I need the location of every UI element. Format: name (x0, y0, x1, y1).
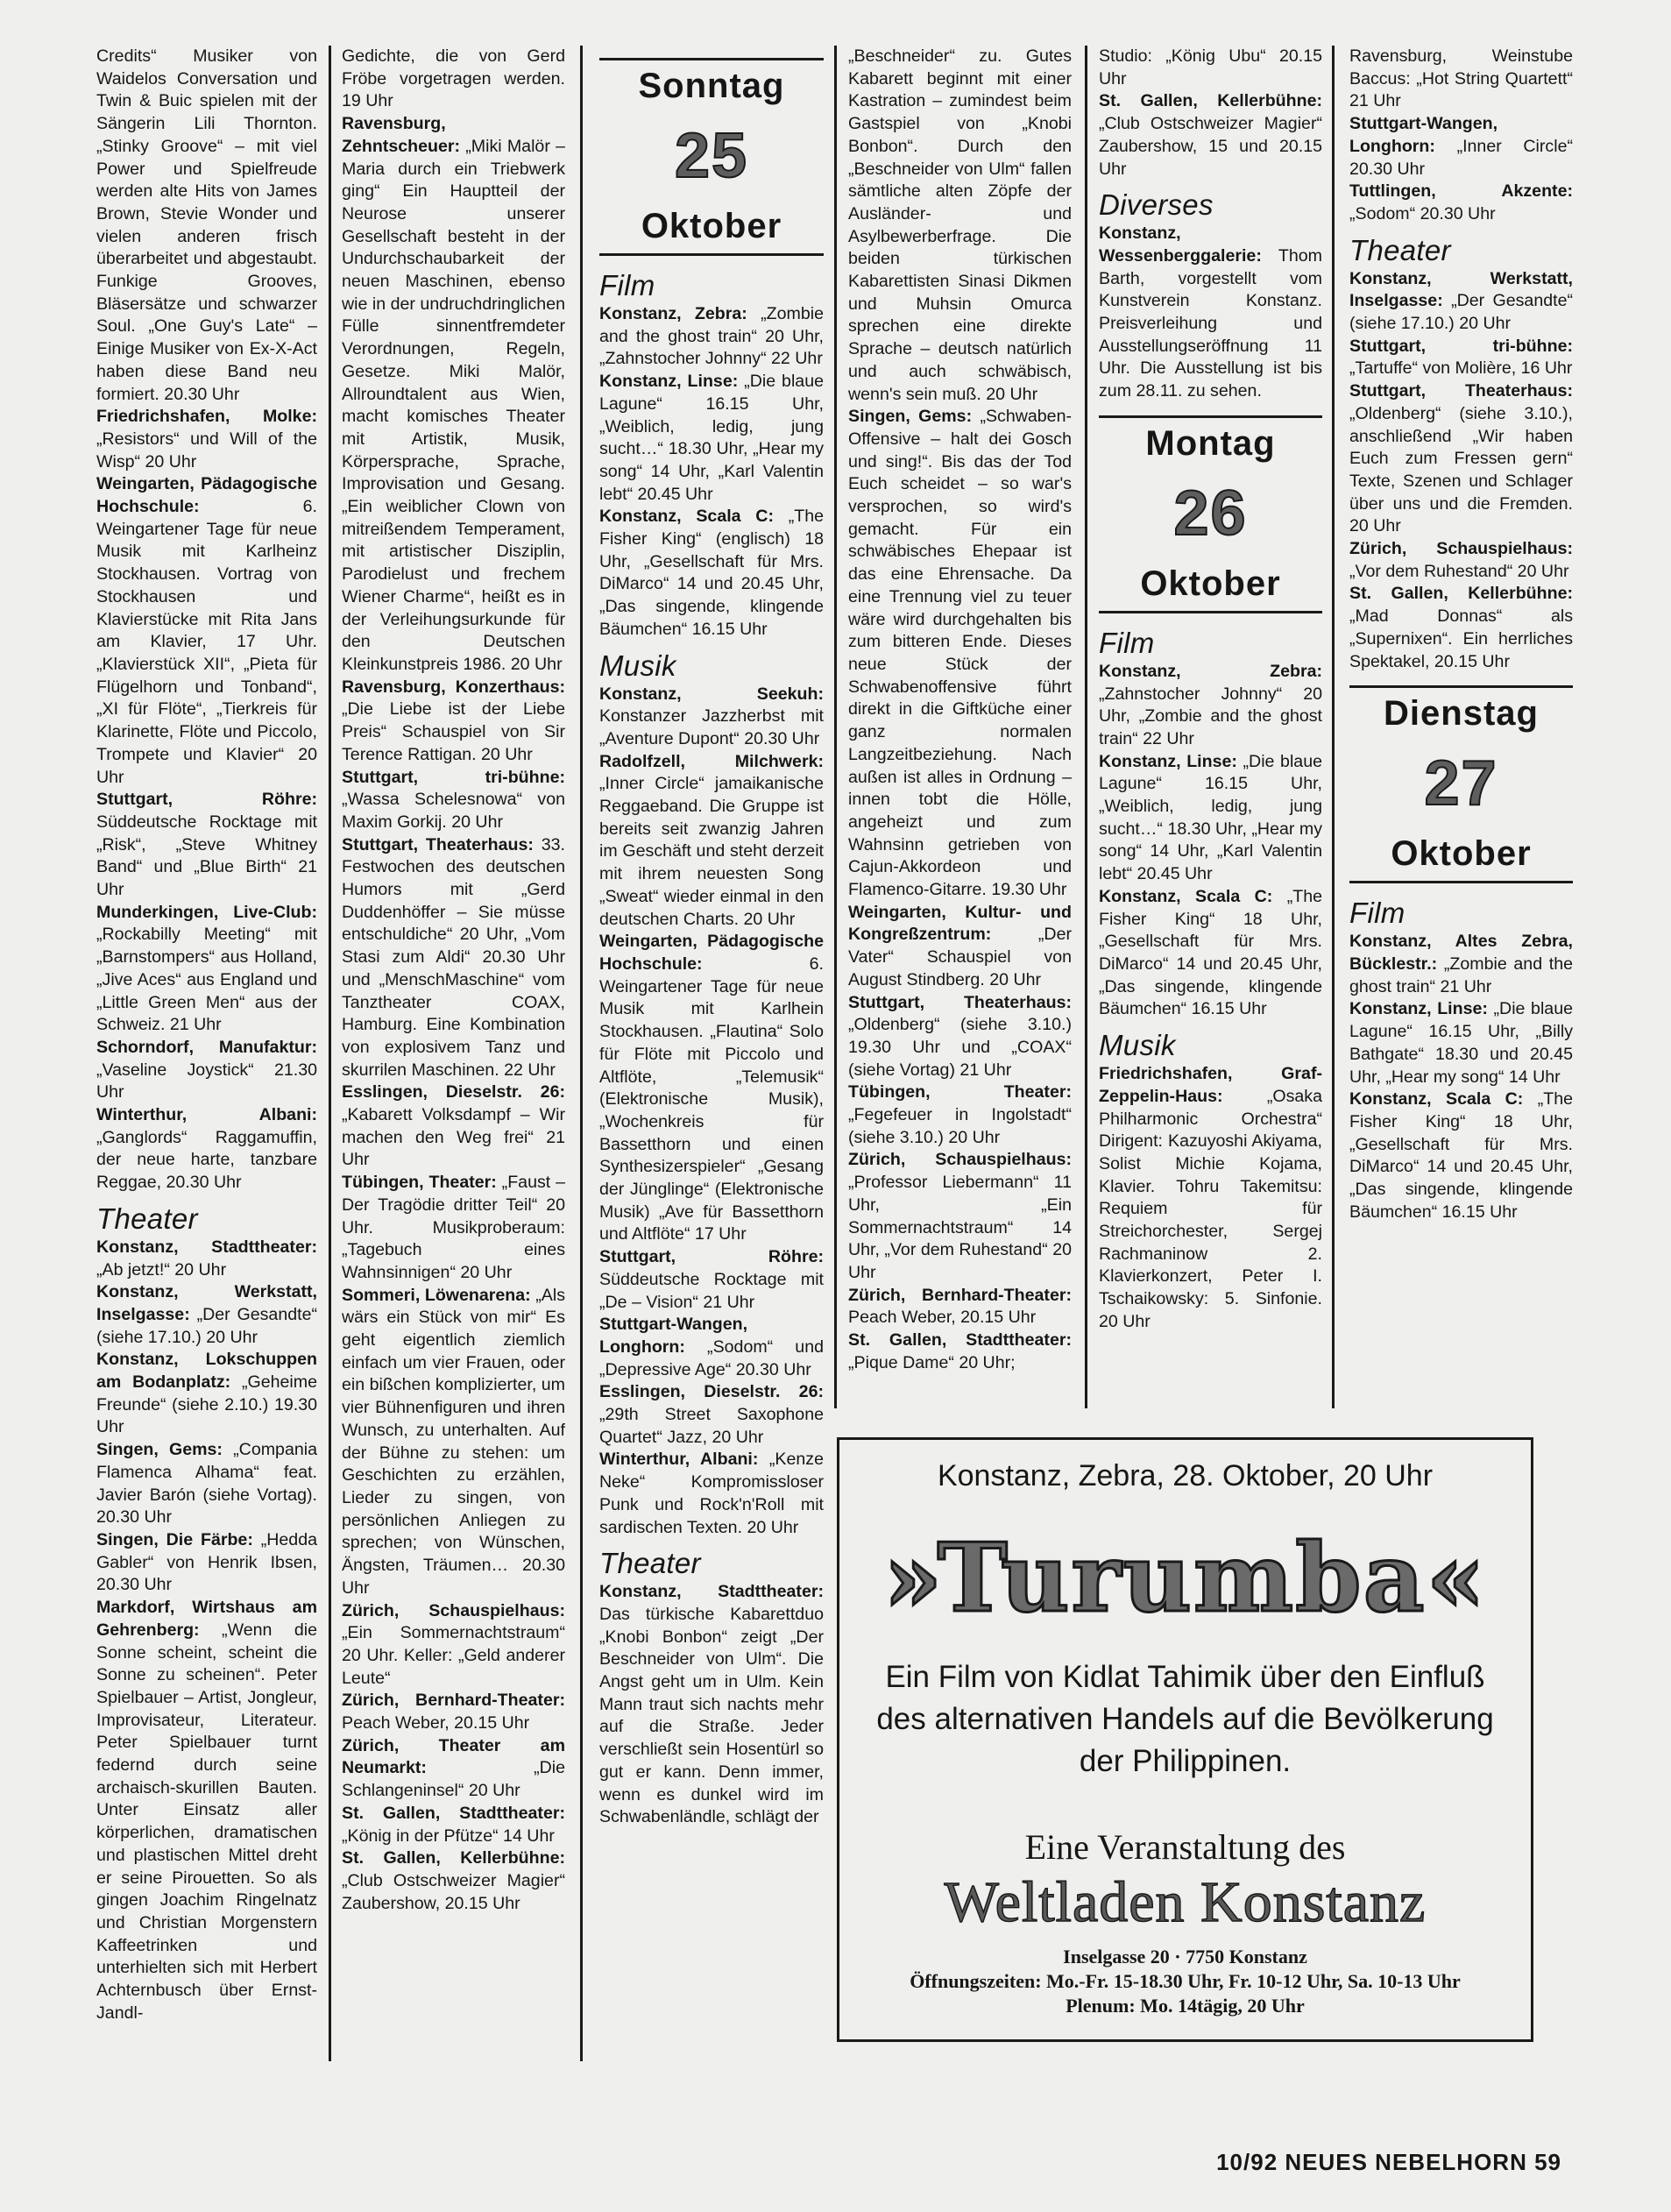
day-number: 25 (599, 108, 824, 204)
listing-column-5: Studio: „König Ubu“ 20.15 UhrSt. Gallen,… (1099, 46, 1322, 1334)
event-details: 6. Weingartener Tage für neue Musik mit … (96, 497, 317, 786)
section-heading: Theater (96, 1203, 317, 1235)
venue-name: Stuttgart, tri-bühne: (342, 768, 565, 787)
listing-entry: Konstanz, Zebra: „Zombie and the ghost t… (599, 303, 824, 371)
day-name: Dienstag (1349, 691, 1573, 735)
venue-name: Singen, Gems: (848, 407, 972, 426)
listing-entry: Konstanz, Lokschuppen am Bodanplatz: „Ge… (96, 1349, 317, 1439)
section-heading: Film (1099, 627, 1322, 659)
venue-name: Singen, Gems: (96, 1440, 223, 1459)
event-details: „Kabarett Volksdampf – Wir machen den We… (342, 1105, 565, 1169)
venue-name: Esslingen, Dieselstr. 26: (342, 1082, 565, 1102)
event-details: Studio: „König Ubu“ 20.15 Uhr (1099, 46, 1322, 89)
listing-entry: Konstanz, Zebra: „Zahnstocher Johnny“ 20… (1099, 661, 1322, 751)
event-details: „Wenn die Sonne scheint, scheint die Son… (96, 1620, 317, 2023)
listing-entry: Markdorf, Wirtshaus am Gehrenberg: „Wenn… (96, 1597, 317, 2024)
event-details: „Sodom“ 20.30 Uhr (1349, 204, 1496, 223)
listing-entry: Friedrichshafen, Graf-Zeppelin-Haus: „Os… (1099, 1063, 1322, 1333)
ad-opening-hours: Öffnungszeiten: Mo.-Fr. 15-18.30 Uhr, Fr… (839, 1969, 1531, 1994)
event-details: „König in der Pfütze“ 14 Uhr (342, 1826, 555, 1846)
listing-entry: Esslingen, Dieselstr. 26: „29th Street S… (599, 1381, 824, 1449)
listing-entry: Tübingen, Theater: „Faust – Der Tragödie… (342, 1172, 565, 1285)
ad-event-when: Konstanz, Zebra, 28. Oktober, 20 Uhr (839, 1459, 1531, 1493)
event-details: „Miki Malör – Maria durch ein Triebwerk … (342, 137, 565, 674)
venue-name: Munderkingen, Live-Club: (96, 903, 317, 922)
event-details: „Pique Dame“ 20 Uhr; (848, 1353, 1016, 1372)
listing-entry: Stuttgart, Theaterhaus: „Oldenberg“ (sie… (848, 992, 1072, 1082)
section-heading: Musik (1099, 1030, 1322, 1061)
venue-name: Konstanz, Linse: (599, 372, 738, 391)
event-details: Peach Weber, 20.15 Uhr (342, 1713, 529, 1733)
event-details: „The Fisher King“ (englisch) 18 Uhr, „Ge… (599, 507, 824, 639)
listing-entry: Stuttgart, Theaterhaus: „Oldenberg“ (sie… (1349, 380, 1573, 538)
listing-entry: Konstanz, Altes Zebra, Bücklestr.: „Zomb… (1349, 931, 1573, 998)
listing-entry: Ravensburg, Zehntscheuer: „Miki Malör – … (342, 113, 565, 677)
section-heading: Film (1349, 897, 1573, 929)
venue-name: Stuttgart, Theaterhaus: (1349, 381, 1573, 401)
venue-name: St. Gallen, Stadttheater: (848, 1330, 1072, 1350)
event-details: „Vaseline Joystick“ 21.30 Uhr (96, 1060, 317, 1102)
listing-entry: Stuttgart, Röhre: Süddeutsche Rocktage m… (599, 1246, 824, 1314)
listing-entry: Friedrichshafen, Molke: „Resistors“ und … (96, 406, 317, 473)
listing-entry: St. Gallen, Stadttheater: „Pique Dame“ 2… (848, 1329, 1072, 1374)
event-details: „Wassa Schelesnowa“ von Maxim Gorkij. 20… (342, 790, 565, 832)
column-divider (580, 46, 583, 2061)
listing-entry: Konstanz, Linse: „Die blaue Lagune“ 16.1… (1349, 998, 1573, 1088)
venue-name: Konstanz, Seekuh: (599, 684, 824, 704)
event-details: Süddeutsche Rocktage mit „De – Vision“ 2… (599, 1270, 824, 1312)
event-details: Thom Barth, vorgestellt vom Kunstverein … (1099, 246, 1322, 401)
venue-name: Stuttgart, tri-bühne: (1349, 337, 1573, 356)
event-details: „Club Ostschweizer Magier“ Zaubershow, 2… (342, 1871, 565, 1913)
event-details: „Ganglords“ Raggamuffin, der neue harte,… (96, 1128, 317, 1192)
venue-name: Tübingen, Theater: (848, 1082, 1072, 1102)
venue-name: Tübingen, Theater: (342, 1173, 497, 1192)
ad-description: Ein Film von Kidlat Tahimik über den Ein… (839, 1656, 1531, 1783)
listing-column-6: Ravensburg, Weinstube Baccus: „Hot Strin… (1349, 46, 1573, 1223)
listing-entry: Singen, Gems: „Compania Flamenca Alhama“… (96, 1439, 317, 1529)
venue-name: Konstanz, Stadttheater: (599, 1582, 824, 1601)
event-details: Credits“ Musiker von Waidelos Conversati… (96, 46, 317, 404)
venue-name: Ravensburg, Zehntscheuer: (342, 114, 460, 156)
venue-name: St. Gallen, Stadttheater: (342, 1804, 565, 1823)
ad-film-title: »Turumba« (839, 1521, 1531, 1635)
event-details: Süddeutsche Rocktage mit „Risk“, „Steve … (96, 812, 317, 899)
venue-name: Konstanz, Scala C: (1349, 1089, 1523, 1109)
day-number: 26 (1099, 465, 1322, 562)
listing-entry: Zürich, Theater am Neumarkt: „Die Schlan… (342, 1735, 565, 1803)
listing-entry: Esslingen, Dieselstr. 26: „Kabarett Volk… (342, 1081, 565, 1172)
listing-entry: Zürich, Bernhard-Theater: Peach Weber, 2… (848, 1285, 1072, 1329)
column-divider (834, 46, 837, 1408)
event-details: „Osaka Philharmonic Orchestra“ Dirigent:… (1099, 1087, 1322, 1331)
event-details: „Vor dem Ruhestand“ 20 Uhr (1349, 562, 1569, 581)
event-details: „Ein Sommernachtstraum“ 20 Uhr. Keller: … (342, 1623, 565, 1687)
venue-name: Stuttgart, Röhre: (599, 1247, 824, 1266)
venue-name: Zürich, Schauspielhaus: (848, 1150, 1072, 1169)
day-name: Sonntag (599, 64, 824, 108)
listing-entry: Konstanz, Linse: „Die blaue Lagune“ 16.1… (1099, 751, 1322, 886)
event-details: „Resistors“ und Will of the Wisp“ 20 Uhr (96, 429, 317, 471)
event-details: „29th Street Saxophone Quartet“ Jazz, 20… (599, 1405, 824, 1447)
listing-entry: Konstanz, Werkstatt, Inselgasse: „Der Ge… (1349, 268, 1573, 336)
event-details: Das türkische Kabarettduo „Knobi Bonbon“… (599, 1605, 824, 1826)
listing-entry: Tuttlingen, Akzente: „Sodom“ 20.30 Uhr (1349, 181, 1573, 225)
event-details: „Fegefeuer in Ingolstadt“ (siehe 3.10.) … (848, 1105, 1072, 1147)
listing-entry: Konstanz, Werkstatt, Inselgasse: „Der Ge… (96, 1281, 317, 1349)
ad-address: Inselgasse 20 · 7750 Konstanz (839, 1945, 1531, 1969)
event-details: „Oldenberg“ (siehe 3.10.) 19.30 Uhr und … (848, 1015, 1072, 1079)
day-number: 27 (1349, 735, 1573, 832)
listing-text: „Beschneider“ zu. Gutes Kabarett beginnt… (848, 46, 1072, 406)
listing-entry: Weingarten, Pädagogische Hochschule: 6. … (599, 931, 824, 1246)
listing-entry: Ravensburg, Konzerthaus: „Die Liebe ist … (342, 677, 565, 767)
event-details: Gedichte, die von Gerd Fröbe vorgetragen… (342, 46, 565, 110)
column-divider (1332, 46, 1335, 1408)
listing-entry: Konstanz, Seekuh: Konstanzer Jazzherbst … (599, 684, 824, 751)
listing-column-4: „Beschneider“ zu. Gutes Kabarett beginnt… (848, 46, 1072, 1374)
section-heading: Film (599, 270, 824, 301)
venue-name: Sommeri, Löwenarena: (342, 1286, 531, 1305)
event-details: „Die blaue Lagune“ 16.15 Uhr, „Weiblich,… (599, 372, 824, 504)
listing-entry: Schorndorf, Manufaktur: „Vaseline Joysti… (96, 1037, 317, 1104)
listing-entry: Singen, Gems: „Schwaben-Offensive – halt… (848, 406, 1072, 901)
listing-text: Credits“ Musiker von Waidelos Conversati… (96, 46, 317, 406)
listing-entry: Zürich, Bernhard-Theater: Peach Weber, 2… (342, 1690, 565, 1734)
event-details: „Schwaben-Offensive – halt dei Gosch und… (848, 407, 1072, 899)
venue-name: Zürich, Schauspielhaus: (1349, 539, 1573, 558)
event-details: „Zahnstocher Johnny“ 20 Uhr, „Zombie and… (1099, 684, 1322, 748)
listing-entry: Stuttgart, Theaterhaus: 33. Festwochen d… (342, 834, 565, 1082)
venue-name: Singen, Die Färbe: (96, 1530, 253, 1549)
event-details: Peach Weber, 20.15 Uhr (848, 1308, 1036, 1327)
venue-name: Ravensburg, Konzerthaus: (342, 677, 565, 697)
venue-name: Friedrichshafen, Molke: (96, 407, 317, 426)
listing-entry: Sommeri, Löwenarena: „Als wärs ein Stück… (342, 1285, 565, 1600)
listing-entry: Weingarten, Pädagogische Hochschule: 6. … (96, 473, 317, 789)
column-divider (329, 46, 331, 2061)
listing-entry: Konstanz, Wessenberggalerie: Thom Barth,… (1099, 223, 1322, 403)
event-details: „Club Ostschweizer Magier“ Zaubershow, 1… (1099, 114, 1322, 178)
listing-entry: Stuttgart, tri-bühne: „Tartuffe“ von Mol… (1349, 336, 1573, 380)
event-details: „Mad Donnas“ als „Supernixen“. Ein herrl… (1349, 606, 1573, 670)
section-heading: Musik (599, 650, 824, 682)
event-details: Ravensburg, Weinstube Baccus: „Hot Strin… (1349, 46, 1573, 110)
listing-entry: Konstanz, Stadttheater: Das türkische Ka… (599, 1581, 824, 1829)
listing-entry: St. Gallen, Kellerbühne: „Club Ostschwei… (1099, 90, 1322, 181)
day-header: Sonntag25Oktober (599, 58, 824, 256)
venue-name: Radolfzell, Milchwerk: (599, 752, 824, 771)
event-details: „Die blaue Lagune“ 16.15 Uhr, „Weiblich,… (1099, 752, 1322, 884)
venue-name: St. Gallen, Kellerbühne: (1349, 584, 1573, 603)
listing-column-3: Sonntag25OktoberFilmKonstanz, Zebra: „Zo… (599, 46, 824, 1829)
month-name: Oktober (1349, 832, 1573, 876)
event-details: „Inner Circle“ jamaikanische Reggaeband.… (599, 774, 824, 928)
day-header: Dienstag27Oktober (1349, 685, 1573, 883)
venue-name: St. Gallen, Kellerbühne: (1099, 91, 1322, 110)
event-details: „The Fisher King“ 18 Uhr, „Gesellschaft … (1099, 887, 1322, 1019)
page-footer: 10/92 NEUES NEBELHORN 59 (1216, 2149, 1561, 2176)
section-heading: Theater (1349, 235, 1573, 266)
listing-entry: Konstanz, Linse: „Die blaue Lagune“ 16.1… (599, 371, 824, 506)
listing-entry: Stuttgart-Wangen, Longhorn: „Inner Circl… (1349, 113, 1573, 181)
venue-name: Konstanz, Stadttheater: (96, 1237, 317, 1257)
venue-name: Winterthur, Albani: (96, 1105, 317, 1124)
listing-entry: Munderkingen, Live-Club: „Rockabilly Mee… (96, 902, 317, 1037)
venue-name: Konstanz, Wessenberggalerie: (1099, 223, 1262, 266)
listing-entry: St. Gallen, Stadttheater: „König in der … (342, 1803, 565, 1847)
event-details: 33. Festwochen des deutschen Humors mit … (342, 835, 565, 1080)
venue-name: Zürich, Schauspielhaus: (342, 1601, 565, 1620)
listing-entry: Ravensburg, Weinstube Baccus: „Hot Strin… (1349, 46, 1573, 113)
listing-entry: Weingarten, Kultur- und Kongreßzentrum: … (848, 902, 1072, 992)
venue-name: Stuttgart, Theaterhaus: (342, 835, 534, 854)
event-details: „Die Liebe ist der Liebe Preis“ Schauspi… (342, 699, 565, 763)
event-details: „Ab jetzt!“ 20 Uhr (96, 1260, 226, 1280)
day-header: Montag26Oktober (1099, 415, 1322, 613)
event-details: „Oldenberg“ (siehe 3.10.), anschließend … (1349, 404, 1573, 536)
listing-entry: Zürich, Schauspielhaus: „Professor Liebe… (848, 1149, 1072, 1284)
venue-name: Konstanz, Zebra: (599, 304, 747, 323)
event-details: „The Fisher King“ 18 Uhr, „Gesellschaft … (1349, 1089, 1573, 1222)
listing-entry: St. Gallen, Kellerbühne: „Club Ostschwei… (342, 1847, 565, 1915)
ad-organizer-prefix: Eine Veranstaltung des (839, 1826, 1531, 1868)
listing-entry: Winterthur, Albani: „Kenze Neke“ Komprom… (599, 1449, 824, 1539)
listing-entry: Konstanz, Scala C: „The Fisher King“ 18 … (1099, 886, 1322, 1021)
venue-name: Winterthur, Albani: (599, 1450, 758, 1469)
listing-entry: Konstanz, Scala C: „The Fisher King“ 18 … (1349, 1088, 1573, 1223)
venue-name: Esslingen, Dieselstr. 26: (599, 1382, 824, 1401)
event-details: „Professor Liebermann“ 11 Uhr, „Ein Somm… (848, 1173, 1072, 1282)
listing-entry: Singen, Die Färbe: „Hedda Gabler“ von He… (96, 1529, 317, 1597)
listing-entry: Radolfzell, Milchwerk: „Inner Circle“ ja… (599, 751, 824, 932)
listing-entry: Konstanz, Stadttheater: „Ab jetzt!“ 20 U… (96, 1237, 317, 1281)
section-heading: Theater (599, 1548, 824, 1579)
venue-name: Konstanz, Linse: (1349, 999, 1488, 1018)
venue-name: Konstanz, Scala C: (1099, 887, 1272, 906)
listing-entry: Zürich, Schauspielhaus: „Vor dem Ruhesta… (1349, 538, 1573, 583)
month-name: Oktober (599, 204, 824, 248)
event-details: Konstanzer Jazzherbst mit „Aventure Dupo… (599, 706, 824, 748)
listing-entry: Tübingen, Theater: „Fegefeuer in Ingolst… (848, 1081, 1072, 1149)
venue-name: Tuttlingen, Akzente: (1349, 181, 1573, 201)
column-divider (1085, 46, 1087, 1408)
event-details: 6. Weingartener Tage für neue Musik mit … (599, 954, 824, 1244)
venue-name: Konstanz, Linse: (1099, 752, 1237, 771)
venue-name: Konstanz, Scala C: (599, 507, 774, 526)
event-details: „Tartuffe“ von Molière, 16 Uhr (1349, 358, 1572, 378)
venue-name: Stuttgart, Röhre: (96, 790, 317, 809)
event-details: „Rockabilly Meeting“ mit „Barnstompers“ … (96, 925, 317, 1034)
ad-plenum: Plenum: Mo. 14tägig, 20 Uhr (839, 1994, 1531, 2018)
listing-text: Gedichte, die von Gerd Fröbe vorgetragen… (342, 46, 565, 113)
listing-entry: Konstanz, Scala C: „The Fisher King“ (en… (599, 506, 824, 641)
listing-entry: Stuttgart, tri-bühne: „Wassa Schelesnowa… (342, 767, 565, 834)
event-details: „Beschneider“ zu. Gutes Kabarett beginnt… (848, 46, 1072, 404)
venue-name: St. Gallen, Kellerbühne: (342, 1848, 565, 1868)
venue-name: Zürich, Bernhard-Theater: (342, 1691, 565, 1710)
venue-name: Konstanz, Zebra: (1099, 662, 1322, 681)
listing-entry: Stuttgart-Wangen, Longhorn: „Sodom“ und … (599, 1314, 824, 1381)
listing-entry: Winterthur, Albani: „Ganglords“ Raggamuf… (96, 1104, 317, 1195)
venue-name: Schorndorf, Manufaktur: (96, 1038, 317, 1057)
listing-entry: St. Gallen, Kellerbühne: „Mad Donnas“ al… (1349, 583, 1573, 673)
event-details: „Als wärs ein Stück von mir“ Es geht eig… (342, 1286, 565, 1598)
turumba-advertisement: Konstanz, Zebra, 28. Oktober, 20 Uhr »Tu… (837, 1437, 1533, 2042)
ad-organizer: Weltladen Konstanz (839, 1868, 1531, 1938)
day-name: Montag (1099, 422, 1322, 465)
section-heading: Diverses (1099, 189, 1322, 221)
listing-text: Studio: „König Ubu“ 20.15 Uhr (1099, 46, 1322, 90)
listing-entry: Stuttgart, Röhre: Süddeutsche Rocktage m… (96, 789, 317, 902)
venue-name: Zürich, Bernhard-Theater: (848, 1286, 1072, 1305)
listing-column-2: Gedichte, die von Gerd Fröbe vorgetragen… (342, 46, 565, 1915)
venue-name: Stuttgart, Theaterhaus: (848, 993, 1072, 1012)
listing-entry: Zürich, Schauspielhaus: „Ein Sommernacht… (342, 1600, 565, 1691)
listing-column-1: Credits“ Musiker von Waidelos Conversati… (96, 46, 317, 2024)
month-name: Oktober (1099, 562, 1322, 606)
